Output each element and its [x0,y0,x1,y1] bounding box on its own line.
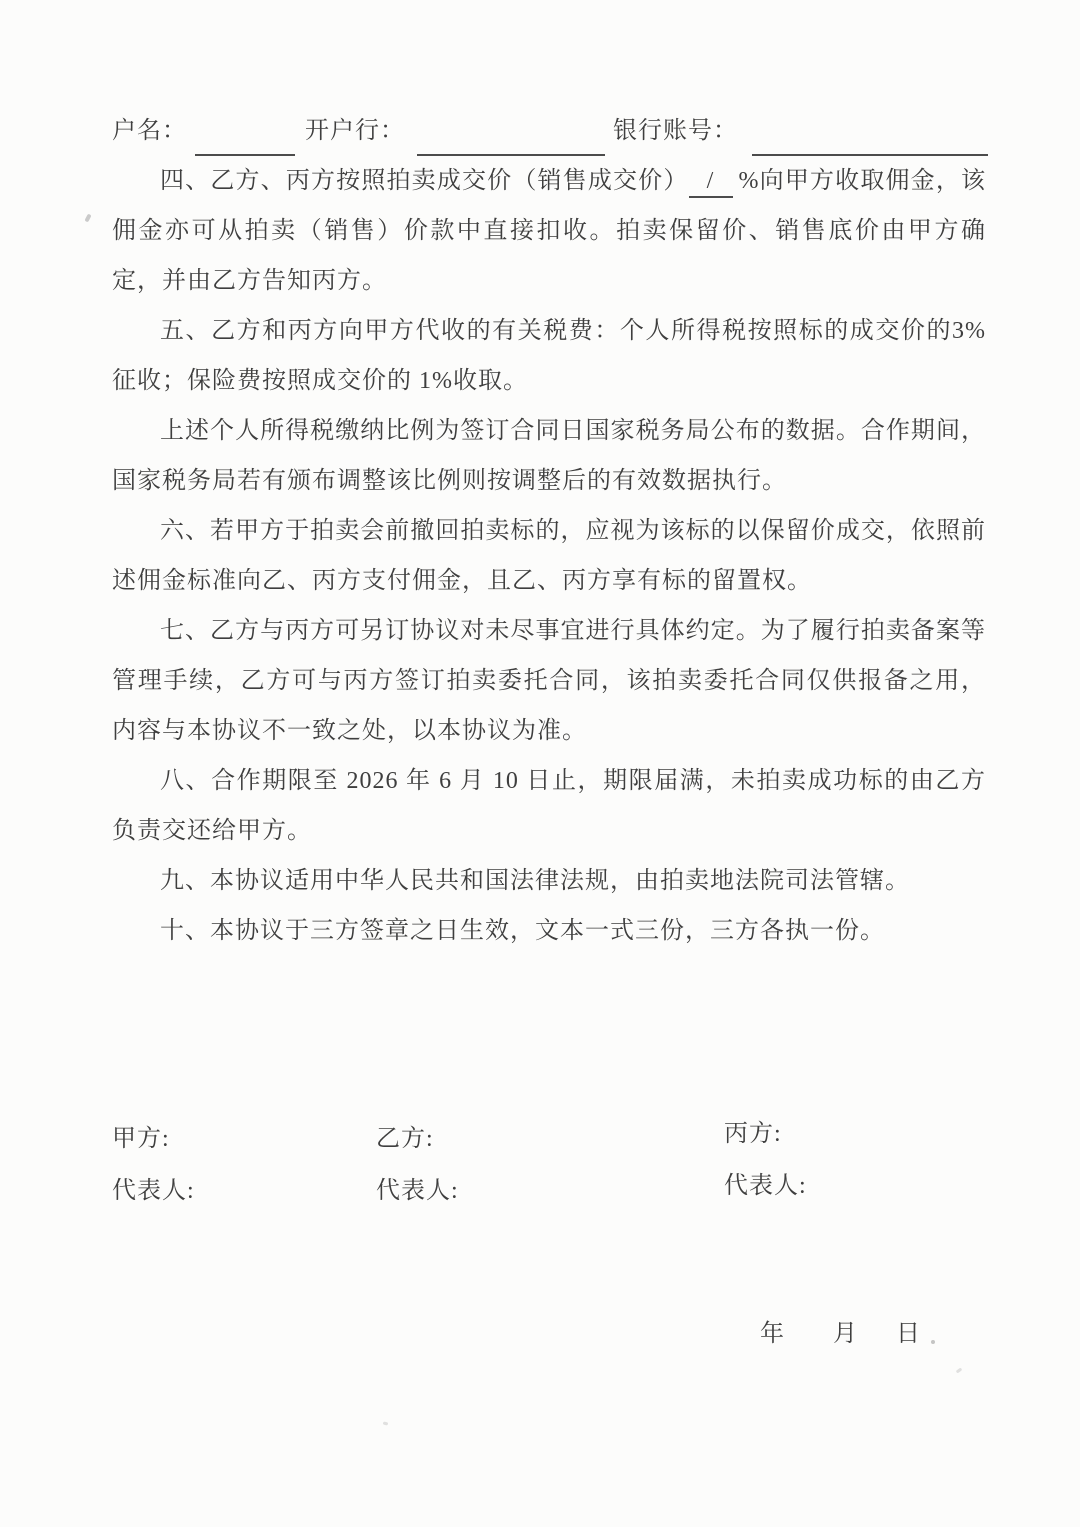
clause-4-text-before-blank: 四、乙方、丙方按照拍卖成交价（销售成交价） [160,168,689,194]
rep-a-cell: 代表人: [112,1166,376,1216]
clause-5: 五、乙方和丙方向甲方代收的有关税费：个人所得税按照标的成交价的3%征收；保险费按… [112,306,986,406]
bank-branch-blank [417,118,605,156]
clause-7: 七、乙方与丙方可另订协议对未尽事宜进行具体约定。为了履行拍卖备案等管理手续，乙方… [112,606,986,756]
year-label: 年 [760,1321,785,1347]
rep-c-label: 代表人: [724,1173,807,1199]
bank-branch-label: 开户行： [305,118,405,144]
signature-block: 甲方: 乙方: 丙方: 代表人: 代表人: 代表人: [112,1114,986,1216]
bank-info-line: 户名：开户行：银行账号： [112,106,986,156]
scan-artifact-speck [956,1368,963,1374]
clause-8: 八、合作期限至 2026 年 6 月 10 日止，期限届满，未拍卖成功标的由乙方… [112,756,986,856]
day-label: 日 [896,1321,921,1347]
rep-b-label: 代表人: [376,1178,459,1204]
clause-9: 九、本协议适用中华人民共和国法律法规，由拍卖地法院司法管辖。 [112,856,986,906]
party-c-label: 丙方: [724,1121,782,1147]
scan-artifact-speck [84,214,91,223]
clause-10: 十、本协议于三方签章之日生效，文本一式三份，三方各执一份。 [112,906,986,956]
bank-account-label: 银行账号： [613,118,738,144]
scan-artifact-speck [931,1340,935,1344]
account-name-label: 户名： [112,118,187,144]
rep-b-cell: 代表人: [376,1166,724,1216]
scanned-contract-page: 户名：开户行：银行账号： 四、乙方、丙方按照拍卖成交价（销售成交价）/%向甲方收… [0,0,1080,1527]
clause-5-continuation: 上述个人所得税缴纳比例为签订合同日国家税务局公布的数据。合作期间，国家税务局若有… [112,406,986,506]
party-c-cell: 丙方: [724,1114,986,1164]
date-line: 年月日 [112,1309,986,1359]
party-b-label: 乙方: [376,1126,434,1152]
party-a-cell: 甲方: [112,1114,376,1164]
party-labels-row: 甲方: 乙方: 丙方: [112,1114,986,1164]
month-label: 月 [833,1321,858,1347]
account-name-blank [195,118,295,156]
contract-body: 户名：开户行：银行账号： 四、乙方、丙方按照拍卖成交价（销售成交价）/%向甲方收… [112,106,986,1359]
commission-rate-blank: / [689,166,733,198]
representative-labels-row: 代表人: 代表人: 代表人: [112,1166,986,1216]
party-b-cell: 乙方: [376,1114,724,1164]
party-a-label: 甲方: [112,1126,170,1152]
rep-c-cell: 代表人: [724,1166,986,1216]
scan-artifact-speck [383,1421,389,1425]
rep-a-label: 代表人: [112,1178,195,1204]
bank-account-blank [752,118,988,156]
clause-6: 六、若甲方于拍卖会前撤回拍卖标的，应视为该标的以保留价成交，依照前述佣金标准向乙… [112,506,986,606]
clause-4: 四、乙方、丙方按照拍卖成交价（销售成交价）/%向甲方收取佣金，该佣金亦可从拍卖（… [112,156,986,306]
